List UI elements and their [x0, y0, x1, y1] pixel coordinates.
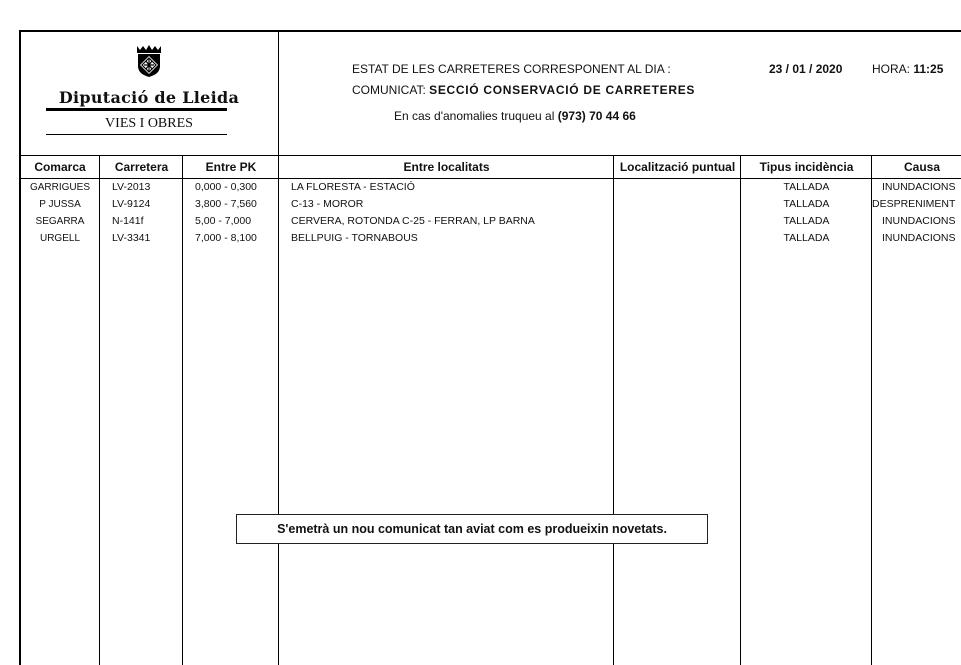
cell-causa: INUNDACIONS: [872, 230, 961, 247]
cell-carretera: LV-2013: [112, 179, 182, 196]
column-header-carretera: Carretera: [100, 157, 183, 177]
cell-comarca: P JUSSA: [20, 196, 100, 213]
cell-entre-pk: 7,000 - 8,100: [195, 230, 279, 247]
column-header-causa: Causa: [872, 157, 961, 177]
cell-localitzacio: [614, 213, 741, 230]
cell-carretera: N-141f: [112, 213, 182, 230]
cell-entre-pk: 0,000 - 0,300: [195, 179, 279, 196]
cell-entre-localitats: LA FLORESTA - ESTACIÓ: [291, 179, 611, 196]
cell-tipus: TALLADA: [741, 179, 872, 196]
header-divider: [19, 155, 961, 156]
column-header-entre-localitats: Entre localitats: [279, 157, 614, 177]
cell-comarca: GARRIGUES: [20, 179, 100, 196]
cell-localitzacio: [614, 196, 741, 213]
col-divider-3: [278, 30, 279, 665]
status-line: ESTAT DE LES CARRETERES CORRESPONENT AL …: [352, 62, 671, 76]
department-name: VIES I OBRES: [21, 116, 277, 132]
column-header-tipus: Tipus incidència: [741, 157, 872, 177]
cell-carretera: LV-3341: [112, 230, 182, 247]
cell-comarca: SEGARRA: [20, 213, 100, 230]
cell-carretera: LV-9124: [112, 196, 182, 213]
time-label: HORA:: [872, 62, 910, 76]
cell-tipus: TALLADA: [741, 230, 872, 247]
col-divider-2: [182, 155, 183, 665]
cell-causa: INUNDACIONS: [872, 213, 961, 230]
cell-localitzacio: [614, 179, 741, 196]
organization-name: Diputació de Lleida: [21, 88, 277, 107]
logo-thin-rule: [46, 134, 227, 135]
phone-line: En cas d'anomalies truqueu al (973) 70 4…: [394, 109, 636, 123]
report-time: HORA: 11:25: [872, 62, 943, 76]
comunicat-line: COMUNICAT: SECCIÓ CONSERVACIÓ DE CARRETE…: [352, 83, 695, 97]
cell-entre-localitats: BELLPUIG - TORNABOUS: [291, 230, 611, 247]
comunicat-value: SECCIÓ CONSERVACIÓ DE CARRETERES: [429, 83, 695, 97]
cell-causa: DESPRENIMENT: [872, 196, 961, 213]
logo-block: Diputació de Lleida VIES I OBRES: [21, 32, 277, 155]
comunicat-label: COMUNICAT:: [352, 83, 426, 97]
column-header-entre-pk: Entre PK: [183, 157, 279, 177]
cell-entre-pk: 5,00 - 7,000: [195, 213, 279, 230]
column-header-comarca: Comarca: [20, 157, 100, 177]
notice-box: S'emetrà un nou comunicat tan aviat com …: [236, 514, 708, 544]
column-header-localitzacio: Localització puntual: [614, 157, 741, 177]
phone-number: (973) 70 44 66: [558, 109, 636, 123]
cell-entre-pk: 3,800 - 7,560: [195, 196, 279, 213]
cell-comarca: URGELL: [20, 230, 100, 247]
phone-prefix: En cas d'anomalies truqueu al: [394, 109, 554, 123]
time-value: 11:25: [913, 62, 943, 76]
cell-tipus: TALLADA: [741, 196, 872, 213]
cell-localitzacio: [614, 230, 741, 247]
report-date: 23 / 01 / 2020: [769, 62, 842, 76]
logo-thick-rule: [46, 108, 227, 111]
coat-of-arms-icon: [134, 44, 164, 78]
cell-entre-localitats: CERVERA, ROTONDA C-25 - FERRAN, LP BARNA: [291, 213, 611, 230]
cell-causa: INUNDACIONS: [872, 179, 961, 196]
cell-entre-localitats: C-13 - MOROR: [291, 196, 611, 213]
cell-tipus: TALLADA: [741, 213, 872, 230]
